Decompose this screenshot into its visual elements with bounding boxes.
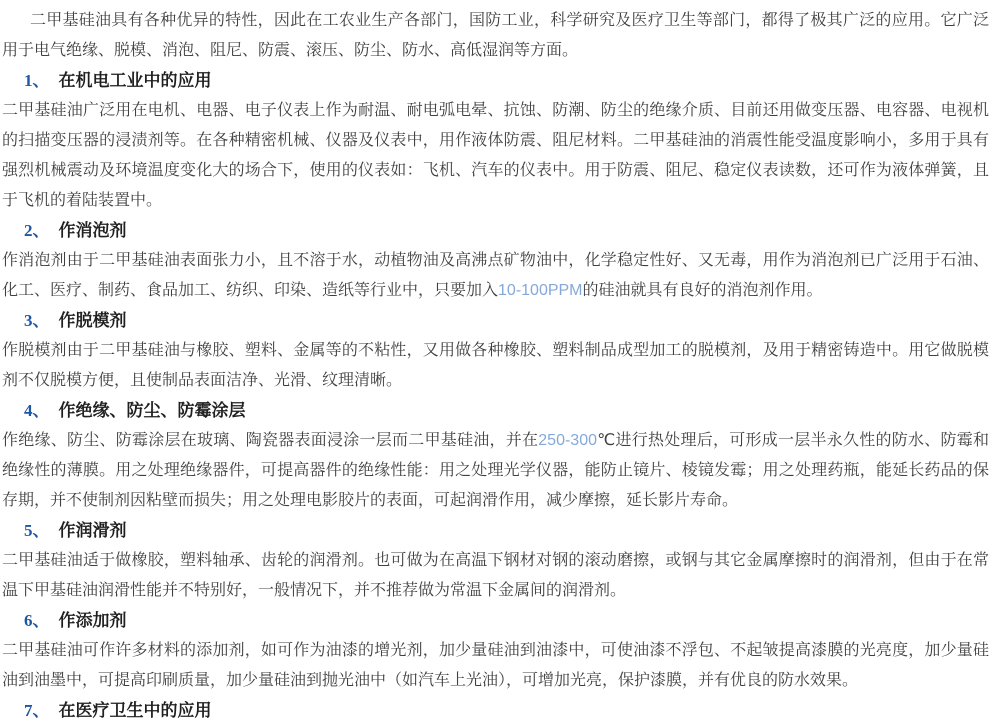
paragraph-text: 二甲基硅油可作许多材料的添加剂，如可作为油漆的增光剂，加少量硅油到油漆中，可使油…	[2, 642, 989, 689]
section-heading-1: 1、在机电工业中的应用	[2, 66, 989, 96]
highlighted-value: 10-100PPM	[498, 282, 583, 299]
intro-paragraph: 二甲基硅油具有各种优异的特性，因此在工农业生产各部门，国防工业，科学研究及医疗卫…	[2, 6, 989, 66]
section-title: 作润滑剂	[59, 521, 127, 540]
paragraph-text: 作绝缘、防尘、防霉涂层在玻璃、陶瓷器表面浸涂一层而二甲基硅油，并在	[2, 432, 538, 449]
section-paragraph-5: 二甲基硅油适于做橡胶，塑料轴承、齿轮的润滑剂。也可做为在高温下钢材对钢的滚动磨擦…	[2, 546, 989, 606]
paragraph-text: 的硅油就具有良好的消泡剂作用。	[583, 282, 823, 299]
section-number: 5、	[24, 521, 50, 540]
section-heading-4: 4、作绝缘、防尘、防霉涂层	[2, 396, 989, 426]
section-title: 在机电工业中的应用	[59, 71, 212, 90]
section-title: 作消泡剂	[59, 221, 127, 240]
highlighted-value: 250-300	[538, 432, 597, 449]
section-paragraph-4: 作绝缘、防尘、防霉涂层在玻璃、陶瓷器表面浸涂一层而二甲基硅油，并在250-300…	[2, 426, 989, 516]
section-heading-3: 3、作脱模剂	[2, 306, 989, 336]
section-number: 4、	[24, 401, 50, 420]
section-paragraph-3: 作脱模剂由于二甲基硅油与橡胶、塑料、金属等的不粘性，又用做各种橡胶、塑料制品成型…	[2, 336, 989, 396]
paragraph-text: 作消泡剂由于二甲基硅油表面张力小，且不溶于水，动植物油及高沸点矿物油中，化学稳定…	[2, 252, 989, 299]
paragraph-text: 二甲基硅油适于做橡胶，塑料轴承、齿轮的润滑剂。也可做为在高温下钢材对钢的滚动磨擦…	[2, 552, 989, 599]
section-heading-7: 7、在医疗卫生中的应用	[2, 696, 989, 721]
section-title: 在医疗卫生中的应用	[59, 701, 212, 720]
section-title: 作绝缘、防尘、防霉涂层	[59, 401, 246, 420]
section-paragraph-6: 二甲基硅油可作许多材料的添加剂，如可作为油漆的增光剂，加少量硅油到油漆中，可使油…	[2, 636, 989, 696]
paragraph-text: 二甲基硅油广泛用在电机、电器、电子仪表上作为耐温、耐电弧电晕、抗蚀、防潮、防尘的…	[2, 102, 989, 209]
section-paragraph-1: 二甲基硅油广泛用在电机、电器、电子仪表上作为耐温、耐电弧电晕、抗蚀、防潮、防尘的…	[2, 96, 989, 216]
document-body: 二甲基硅油具有各种优异的特性，因此在工农业生产各部门，国防工业，科学研究及医疗卫…	[0, 0, 994, 721]
section-number: 2、	[24, 221, 50, 240]
section-heading-5: 5、作润滑剂	[2, 516, 989, 546]
section-number: 6、	[24, 611, 50, 630]
paragraph-text: 作脱模剂由于二甲基硅油与橡胶、塑料、金属等的不粘性，又用做各种橡胶、塑料制品成型…	[2, 342, 989, 389]
intro-text: 二甲基硅油具有各种优异的特性，因此在工农业生产各部门，国防工业，科学研究及医疗卫…	[2, 12, 989, 59]
section-number: 1、	[24, 71, 50, 90]
section-number: 7、	[24, 701, 50, 720]
section-title: 作添加剂	[59, 611, 127, 630]
section-paragraph-2: 作消泡剂由于二甲基硅油表面张力小，且不溶于水，动植物油及高沸点矿物油中，化学稳定…	[2, 246, 989, 306]
section-title: 作脱模剂	[59, 311, 127, 330]
section-number: 3、	[24, 311, 50, 330]
section-heading-2: 2、作消泡剂	[2, 216, 989, 246]
section-heading-6: 6、作添加剂	[2, 606, 989, 636]
